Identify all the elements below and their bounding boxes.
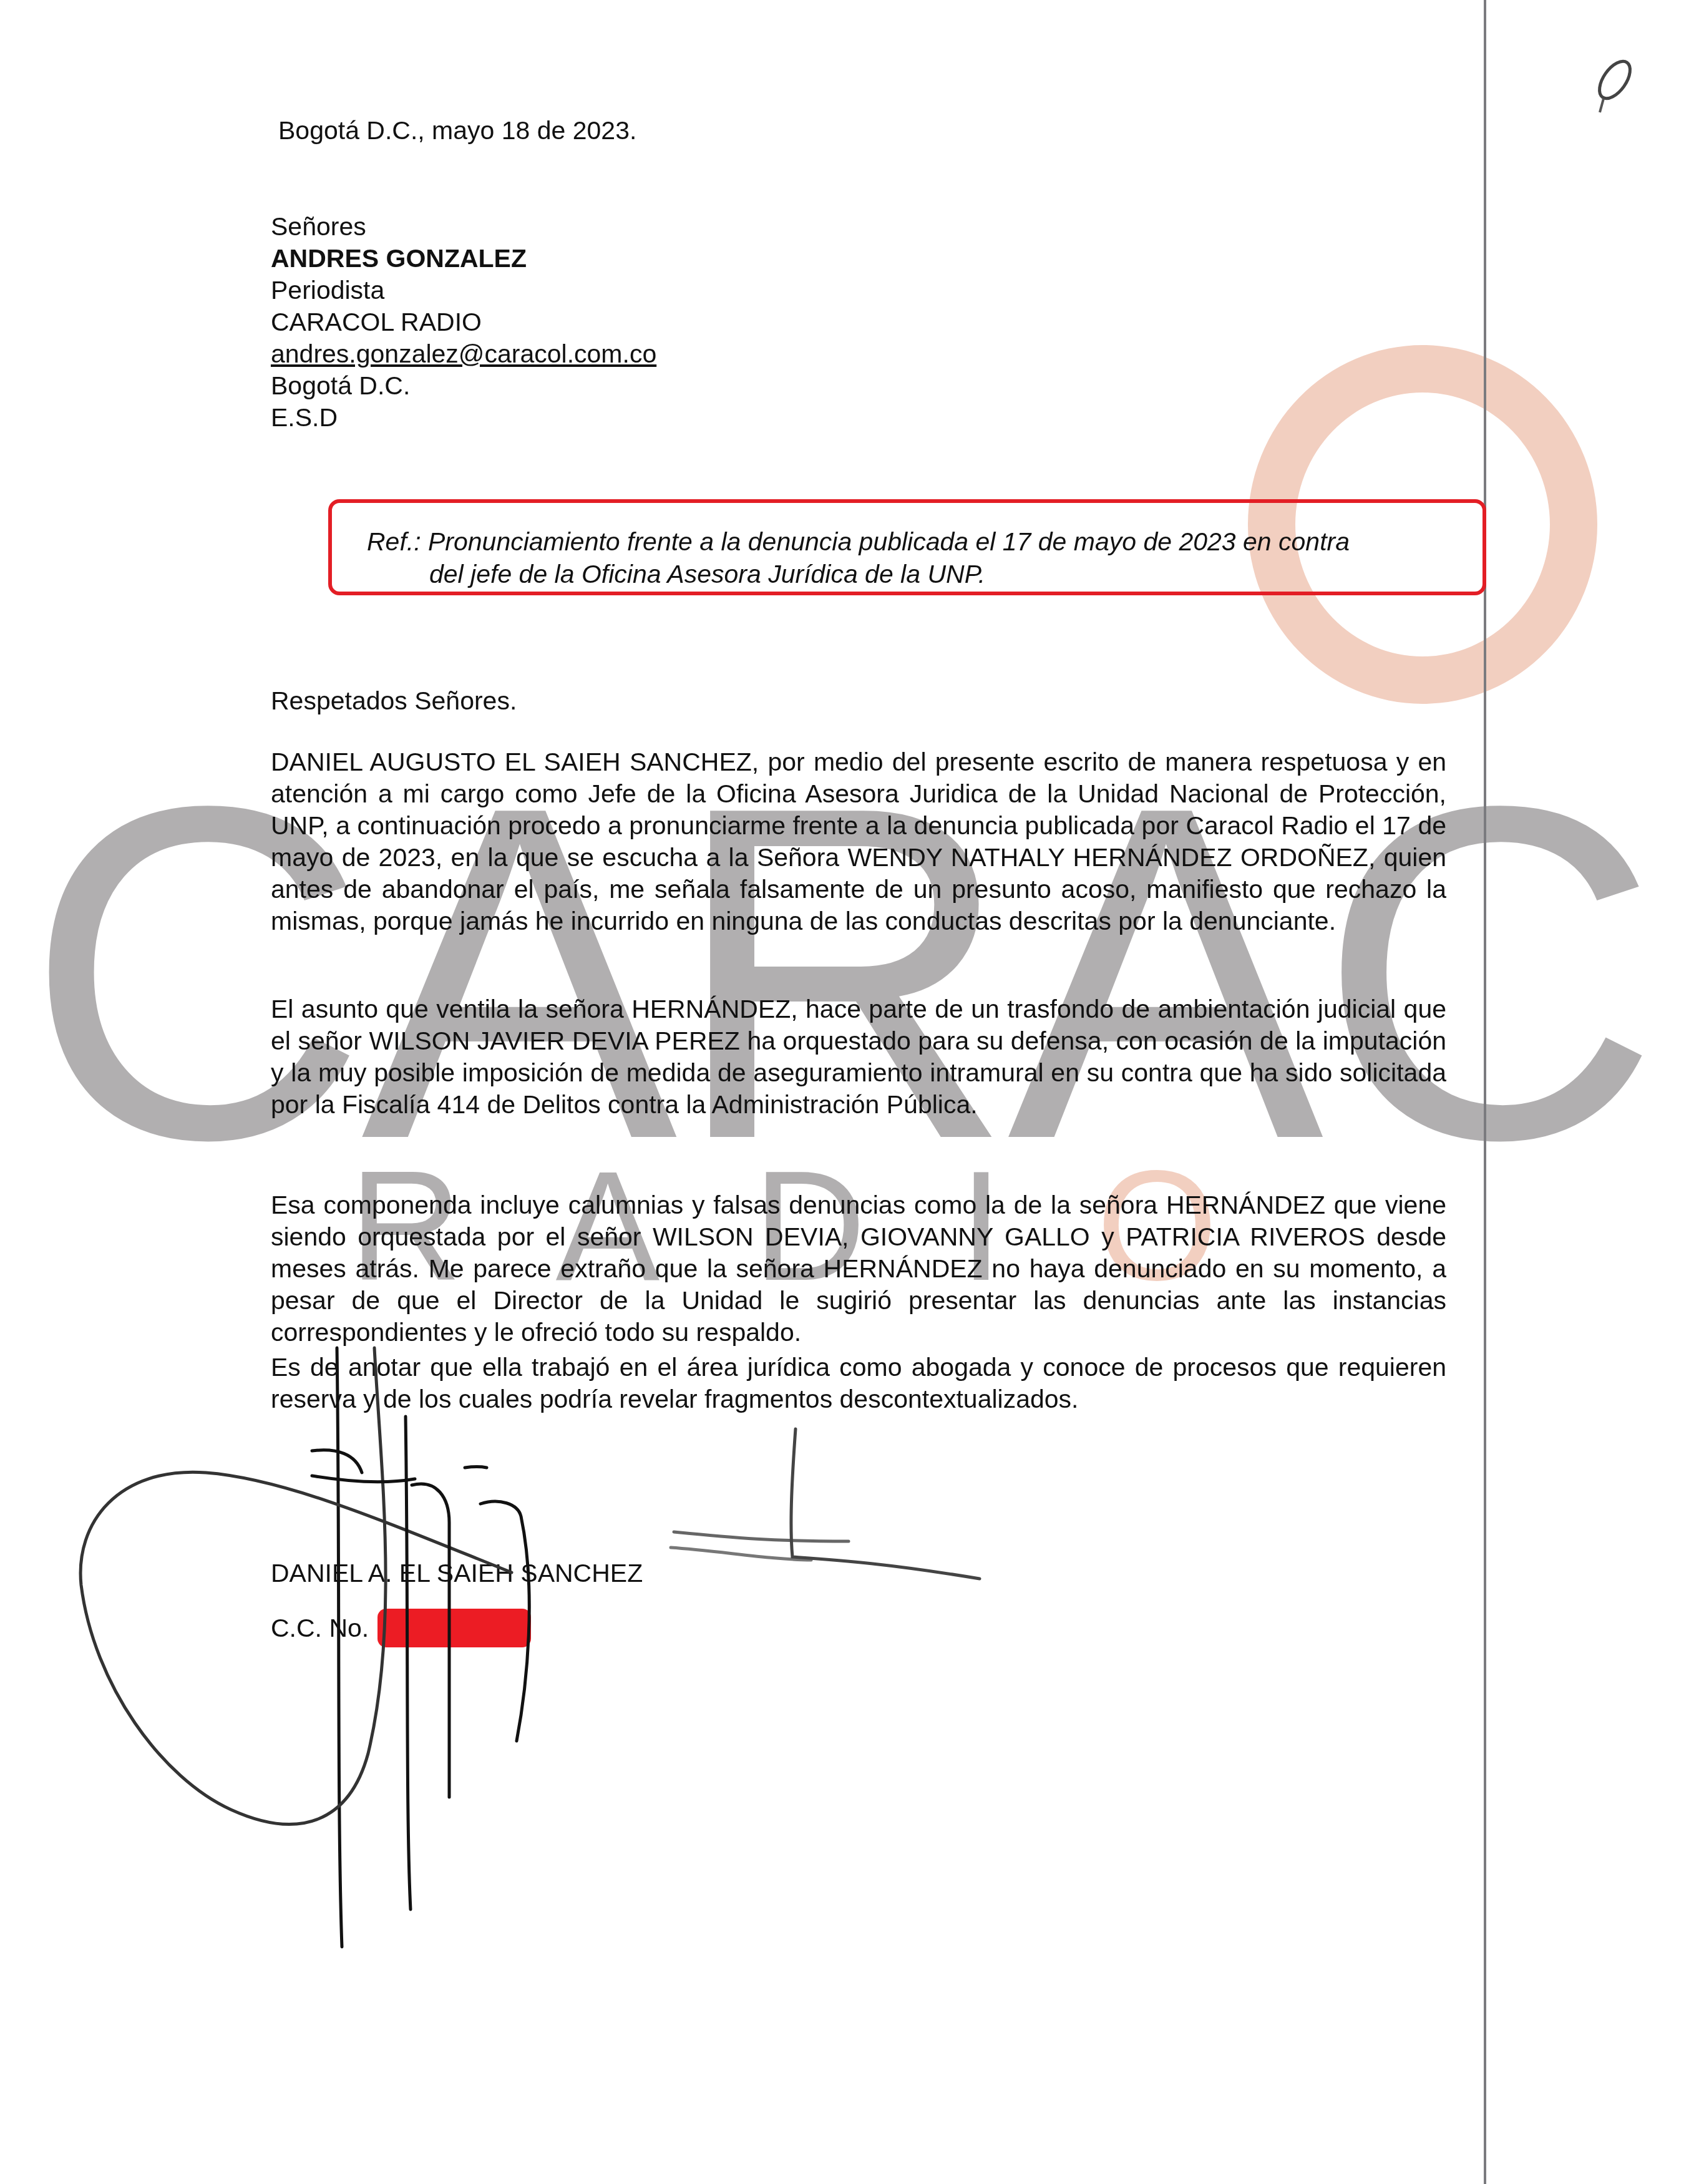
recipient-salutation: Señores: [271, 211, 656, 243]
reference-highlight-box: Ref.: Pronunciamiento frente a la denunc…: [328, 499, 1486, 595]
body-paragraph: DANIEL AUGUSTO EL SAIEH SANCHEZ, por med…: [271, 746, 1446, 937]
body-paragraph: El asunto que ventila la señora HERNÁNDE…: [271, 993, 1446, 1121]
initials-mark-icon: [1585, 55, 1641, 120]
reference-line-1: Ref.: Pronunciamiento frente a la denunc…: [367, 527, 1350, 556]
recipient-name: ANDRES GONZALEZ: [271, 243, 656, 275]
recipient-block: Señores ANDRES GONZALEZ Periodista CARAC…: [271, 211, 656, 434]
recipient-role: Periodista: [271, 275, 656, 306]
letter-date: Bogotá D.C., mayo 18 de 2023.: [278, 116, 636, 145]
recipient-email-link[interactable]: andres.gonzalez@caracol.com.co: [271, 339, 656, 368]
reference-line-2: del jefe de la Oficina Asesora Jurídica …: [367, 558, 1350, 590]
id-number-row: C.C. No.: [271, 1609, 531, 1647]
recipient-city: Bogotá D.C.: [271, 370, 656, 402]
recipient-organization: CARACOL RADIO: [271, 306, 656, 338]
greeting: Respetados Señores.: [271, 686, 517, 716]
reference-text: Ref.: Pronunciamiento frente a la denunc…: [367, 525, 1350, 590]
id-label: C.C. No.: [271, 1614, 369, 1643]
redaction-box: [377, 1609, 531, 1647]
body-paragraph: Esa componenda incluye calumnias y falsa…: [271, 1189, 1446, 1348]
body-paragraph: Es de anotar que ella trabajó en el área…: [271, 1352, 1446, 1415]
page-margin-line: [1484, 0, 1486, 2184]
signer-name: DANIEL A. EL SAIEH SANCHEZ: [271, 1559, 643, 1588]
letter-page: CARACOL RADIO Bogotá D.C., mayo 18 de 20…: [0, 0, 1704, 2184]
recipient-esd: E.S.D: [271, 402, 656, 434]
